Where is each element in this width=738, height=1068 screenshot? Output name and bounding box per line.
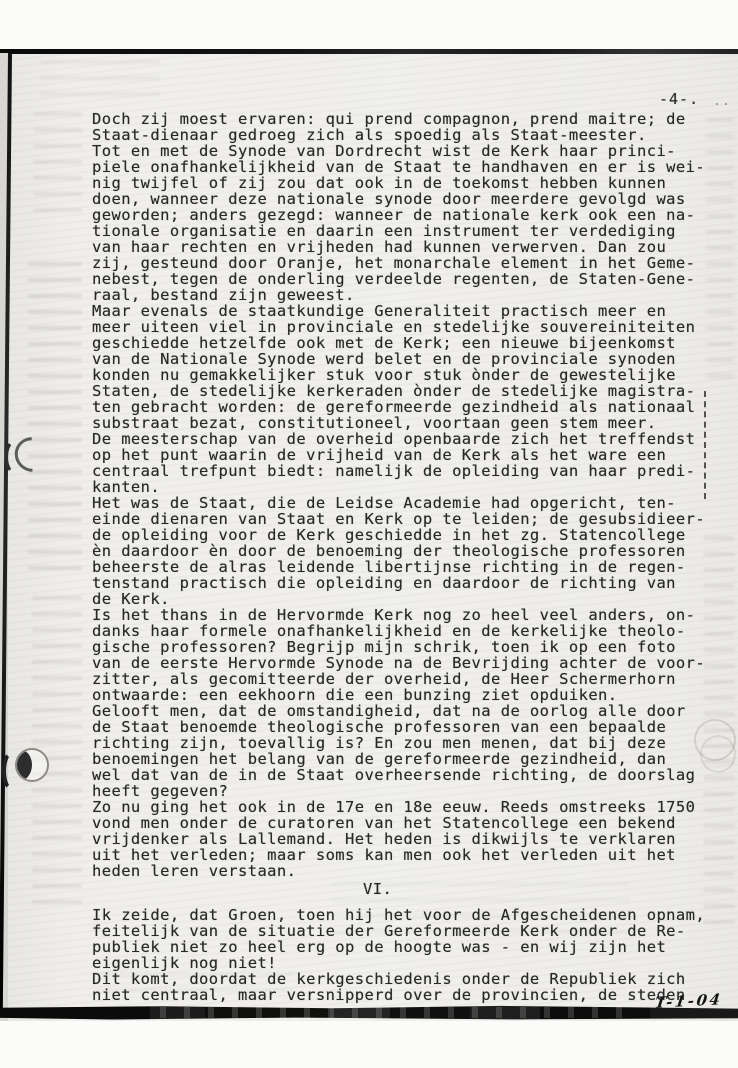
bottom-scan-bar-grain (160, 1007, 640, 1018)
punch-hole-top (5, 436, 51, 474)
punch-hole-circle (15, 748, 49, 782)
page-number: -4-. (659, 90, 699, 108)
body-text: Doch zij moest ervaren: qui prend compag… (92, 111, 705, 879)
ghost-punch-ring (692, 719, 738, 779)
scan-background: -4-. .. Doch zij moest ervaren: qui pren… (0, 0, 738, 1068)
punch-hole-crescent (15, 749, 32, 781)
top-scan-edge-line (0, 49, 738, 54)
page-number-dots: .. (713, 94, 731, 109)
punch-hole-bottom (2, 743, 56, 793)
margin-dash-line (704, 391, 706, 499)
handwritten-mark: T-1-04 (654, 990, 724, 1012)
closing-text: Ik zeide, dat Groen, toen hij het voor d… (92, 907, 705, 1003)
ghost-ring-circle (700, 735, 736, 773)
section-heading: VI. (363, 881, 392, 897)
